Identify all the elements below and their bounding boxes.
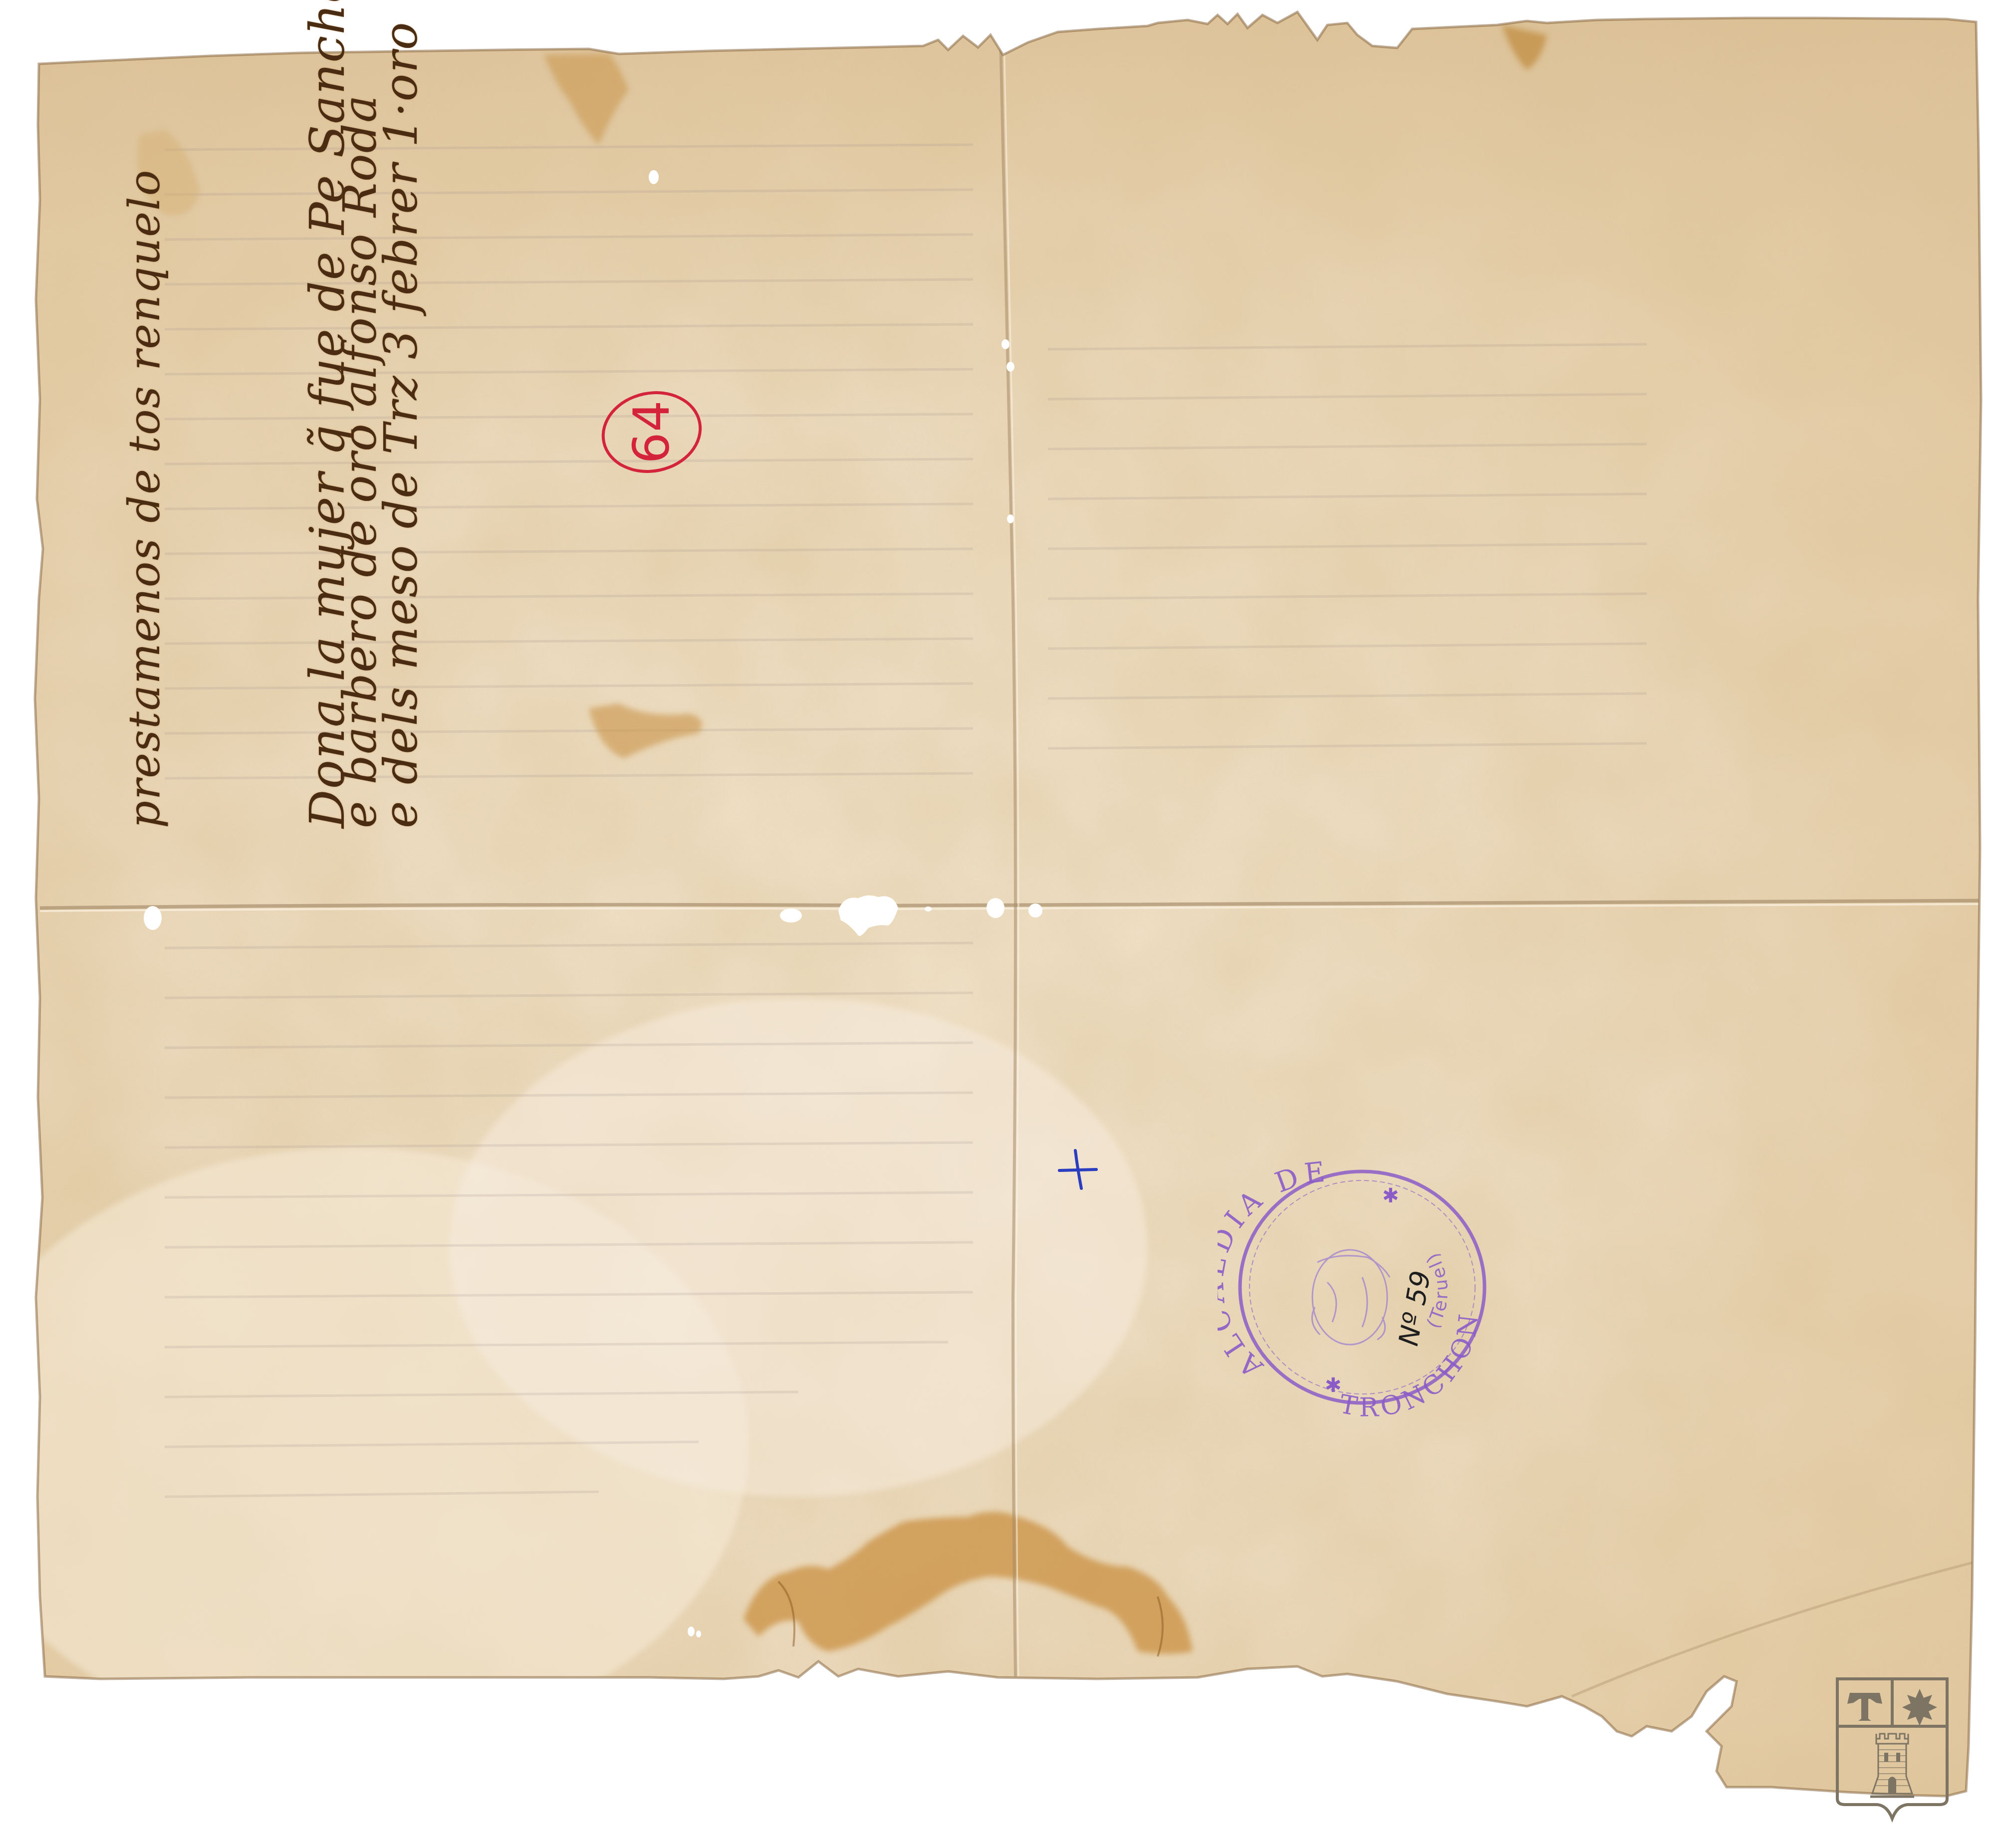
archive-number: 64 — [627, 400, 677, 463]
stamp-star-icon: ✱ — [1325, 1374, 1342, 1397]
stamp-top-text: ALCALDIA DE — [1218, 1157, 1331, 1384]
eagle-crest-icon — [1312, 1250, 1390, 1345]
letter-t-icon — [1847, 1693, 1882, 1721]
stamp-handwritten-number: Nº 59 — [1393, 1268, 1437, 1348]
svg-text:ALCALDIA DE: ALCALDIA DE — [1218, 1157, 1331, 1384]
municipal-stamp: ALCALDIA DE TRONCHON (Teruel) ✱ ✱ Nº 59 — [1218, 1157, 1497, 1417]
stamp-star-icon: ✱ — [1382, 1184, 1399, 1207]
document-sheet: prestamenos de tos renquelo Dona la muje… — [0, 0, 1996, 1848]
coat-of-arms-logo — [1832, 1674, 1952, 1824]
eight-point-star-icon — [1902, 1689, 1937, 1726]
endorsement-line-4: e dels meso de Trz 3 febrer 1·oro — [374, 21, 428, 828]
blue-cross-icon — [1055, 1148, 1100, 1192]
endorsement-line-1: prestamenos de tos renquelo — [120, 169, 170, 828]
